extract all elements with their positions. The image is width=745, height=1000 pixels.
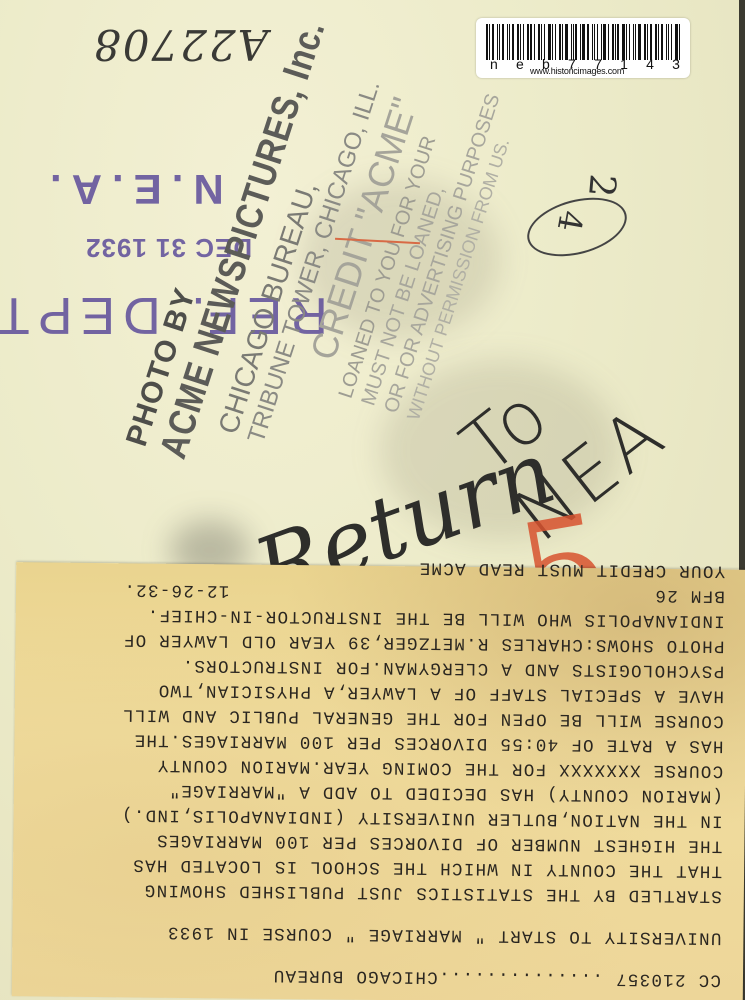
handwritten-id: A22708 [92, 20, 268, 69]
handwritten-squiggle: 2 [580, 172, 623, 198]
barcode-digit: 3 [672, 56, 680, 72]
caption-text: CC 210357 ..............CHICAGO BUREAUUN… [31, 550, 726, 991]
barcode-digit: 4 [646, 56, 654, 72]
caption-slip: CC 210357 ..............CHICAGO BUREAUUN… [12, 562, 745, 1000]
photo-back: neb77143 www.historicimages.com A22708 4… [0, 0, 745, 1000]
